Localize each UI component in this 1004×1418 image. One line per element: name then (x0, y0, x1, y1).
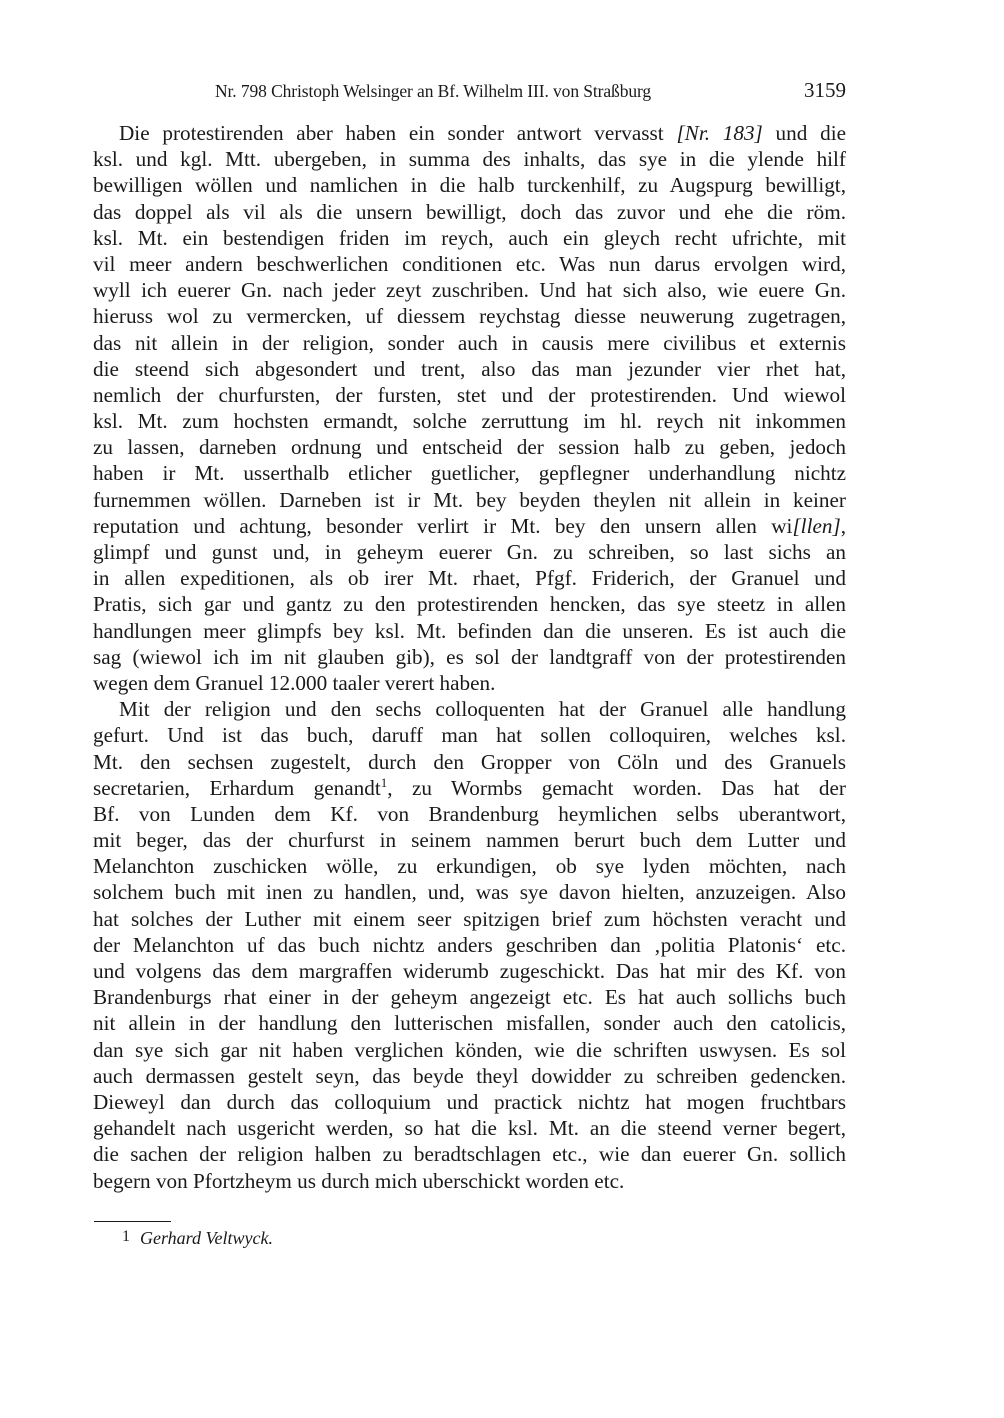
line-text: vil meer andern beschwerlichen condition… (93, 252, 846, 276)
line-text: handlungen meer glimpfs bey ksl. Mt. bef… (93, 619, 846, 643)
line-text: Bf. von Lunden dem Kf. von Brandenburg h… (93, 802, 846, 826)
text-line: haben ir Mt. usserthalb etlicher guetlic… (93, 460, 846, 486)
line-text: das doppel als vil als die unsern bewill… (93, 200, 846, 224)
text-line: Die protestirenden aber haben ein sonder… (93, 120, 846, 146)
text-line: vil meer andern beschwerlichen condition… (93, 251, 846, 277)
line-text: Die protestirenden aber haben ein sonder… (119, 121, 676, 145)
line-text: Mit der religion und den sechs colloquen… (119, 697, 846, 721)
line-text: , (841, 514, 846, 538)
text-line: Pratis, sich gar und gantz zu den protes… (93, 591, 846, 617)
line-text: mit beger, das der churfurst in seinem n… (93, 828, 846, 852)
line-text: , zu Wormbs gemacht worden. Das hat der (387, 776, 846, 800)
page-number: 3159 (804, 78, 846, 103)
running-header: Nr. 798 Christoph Welsinger an Bf. Wilhe… (93, 78, 846, 108)
line-text: und die (763, 121, 846, 145)
text-line: und volgens das dem margraffen widerumb … (93, 958, 846, 984)
line-text: sag (wiewol ich im nit glauben gib), es … (93, 645, 846, 669)
line-text: auch dermassen gestelt seyn, das beyde t… (93, 1064, 846, 1088)
text-line: hat solches der Luther mit einem seer sp… (93, 906, 846, 932)
text-line: begern von Pfortzheym us durch mich uber… (93, 1168, 846, 1194)
line-text: gehandelt nach usgericht werden, so hat … (93, 1116, 846, 1140)
text-line: Mit der religion und den sechs colloquen… (93, 696, 846, 722)
text-line: hieruss wol zu vermercken, uf diessem re… (93, 303, 846, 329)
text-line: Dieweyl dan durch das colloquium und pra… (93, 1089, 846, 1115)
line-text: bewilligen wöllen und namlichen in die h… (93, 173, 846, 197)
line-text: der Melanchton uf das buch nichtz anders… (93, 933, 846, 957)
text-line: Brandenburgs rhat einer in der geheym an… (93, 984, 846, 1010)
text-line: das nit allein in der religion, sonder a… (93, 330, 846, 356)
text-line: gehandelt nach usgericht werden, so hat … (93, 1115, 846, 1141)
line-text: ksl. Mt. zum hochsten ermandt, solche ze… (93, 409, 846, 433)
footnote-1: 1Gerhard Veltwyck. (122, 1228, 273, 1249)
line-text: wyll ich euerer Gn. nach jeder zeyt zusc… (93, 278, 846, 302)
text-line: bewilligen wöllen und namlichen in die h… (93, 172, 846, 198)
text-line: die sachen der religion halben zu beradt… (93, 1141, 846, 1167)
text-line: reputation und achtung, besonder verlirt… (93, 513, 846, 539)
text-line: die steend sich abgesondert und trent, a… (93, 356, 846, 382)
line-text: begern von Pfortzheym us durch mich uber… (93, 1169, 624, 1193)
line-text: die sachen der religion halben zu beradt… (93, 1142, 846, 1166)
footnote-text: Gerhard Veltwyck. (140, 1228, 273, 1248)
text-line: handlungen meer glimpfs bey ksl. Mt. bef… (93, 618, 846, 644)
text-line: nit allein in der handlung den lutterisc… (93, 1010, 846, 1036)
line-text: Pratis, sich gar und gantz zu den protes… (93, 592, 846, 616)
line-text: Dieweyl dan durch das colloquium und pra… (93, 1090, 846, 1114)
body-text: Die protestirenden aber haben ein sonder… (93, 120, 846, 1194)
text-line: Bf. von Lunden dem Kf. von Brandenburg h… (93, 801, 846, 827)
line-text: dan sye sich gar nit haben verglichen kö… (93, 1038, 846, 1062)
line-text: Melanchton zuschicken wölle, zu erkundig… (93, 854, 846, 878)
line-text: hat solches der Luther mit einem seer sp… (93, 907, 846, 931)
editorial-insertion: [llen] (792, 514, 840, 538)
text-line: solchem buch mit inen zu handlen, und, w… (93, 879, 846, 905)
text-line: Melanchton zuschicken wölle, zu erkundig… (93, 853, 846, 879)
text-line: mit beger, das der churfurst in seinem n… (93, 827, 846, 853)
line-text: ksl. Mt. ein bestendigen friden im reych… (93, 226, 846, 250)
text-line: gefurt. Und ist das buch, daruff man hat… (93, 722, 846, 748)
text-line: zu lassen, darneben ordnung und entschei… (93, 434, 846, 460)
editorial-insertion: [Nr. 183] (676, 121, 762, 145)
text-line: sag (wiewol ich im nit glauben gib), es … (93, 644, 846, 670)
text-line: wyll ich euerer Gn. nach jeder zeyt zusc… (93, 277, 846, 303)
text-line: auch dermassen gestelt seyn, das beyde t… (93, 1063, 846, 1089)
text-line: secretarien, Erhardum genandt1, zu Wormb… (93, 775, 846, 801)
text-line: wegen dem Granuel 12.000 taaler verert h… (93, 670, 846, 696)
line-text: in allen expeditionen, als ob irer Mt. r… (93, 566, 846, 590)
text-line: furnemmen wöllen. Darneben ist ir Mt. be… (93, 487, 846, 513)
footnote-number: 1 (122, 1228, 130, 1246)
text-line: Mt. den sechsen zugestelt, durch den Gro… (93, 749, 846, 775)
line-text: furnemmen wöllen. Darneben ist ir Mt. be… (93, 488, 846, 512)
text-line: das doppel als vil als die unsern bewill… (93, 199, 846, 225)
line-text: und volgens das dem margraffen widerumb … (93, 959, 846, 983)
text-line: in allen expeditionen, als ob irer Mt. r… (93, 565, 846, 591)
line-text: glimpf und gunst und, in geheym euerer G… (93, 540, 846, 564)
text-line: ksl. und kgl. Mtt. ubergeben, in summa d… (93, 146, 846, 172)
line-text: haben ir Mt. usserthalb etlicher guetlic… (93, 461, 846, 485)
line-text: wegen dem Granuel 12.000 taaler verert h… (93, 671, 495, 695)
line-text: hieruss wol zu vermercken, uf diessem re… (93, 304, 846, 328)
line-text: nemlich der churfursten, der fursten, st… (93, 383, 846, 407)
footnote-divider (94, 1221, 171, 1222)
line-text: solchem buch mit inen zu handlen, und, w… (93, 880, 846, 904)
text-line: nemlich der churfursten, der fursten, st… (93, 382, 846, 408)
line-text: ksl. und kgl. Mtt. ubergeben, in summa d… (93, 147, 846, 171)
text-line: der Melanchton uf das buch nichtz anders… (93, 932, 846, 958)
line-text: secretarien, Erhardum genandt (93, 776, 381, 800)
line-text: Brandenburgs rhat einer in der geheym an… (93, 985, 846, 1009)
text-line: ksl. Mt. ein bestendigen friden im reych… (93, 225, 846, 251)
line-text: gefurt. Und ist das buch, daruff man hat… (93, 723, 846, 747)
line-text: Mt. den sechsen zugestelt, durch den Gro… (93, 750, 846, 774)
text-line: glimpf und gunst und, in geheym euerer G… (93, 539, 846, 565)
line-text: zu lassen, darneben ordnung und entschei… (93, 435, 846, 459)
text-line: ksl. Mt. zum hochsten ermandt, solche ze… (93, 408, 846, 434)
line-text: das nit allein in der religion, sonder a… (93, 331, 846, 355)
line-text: nit allein in der handlung den lutterisc… (93, 1011, 846, 1035)
line-text: reputation und achtung, besonder verlirt… (93, 514, 792, 538)
text-line: dan sye sich gar nit haben verglichen kö… (93, 1037, 846, 1063)
line-text: die steend sich abgesondert und trent, a… (93, 357, 846, 381)
header-title: Nr. 798 Christoph Welsinger an Bf. Wilhe… (215, 81, 651, 102)
